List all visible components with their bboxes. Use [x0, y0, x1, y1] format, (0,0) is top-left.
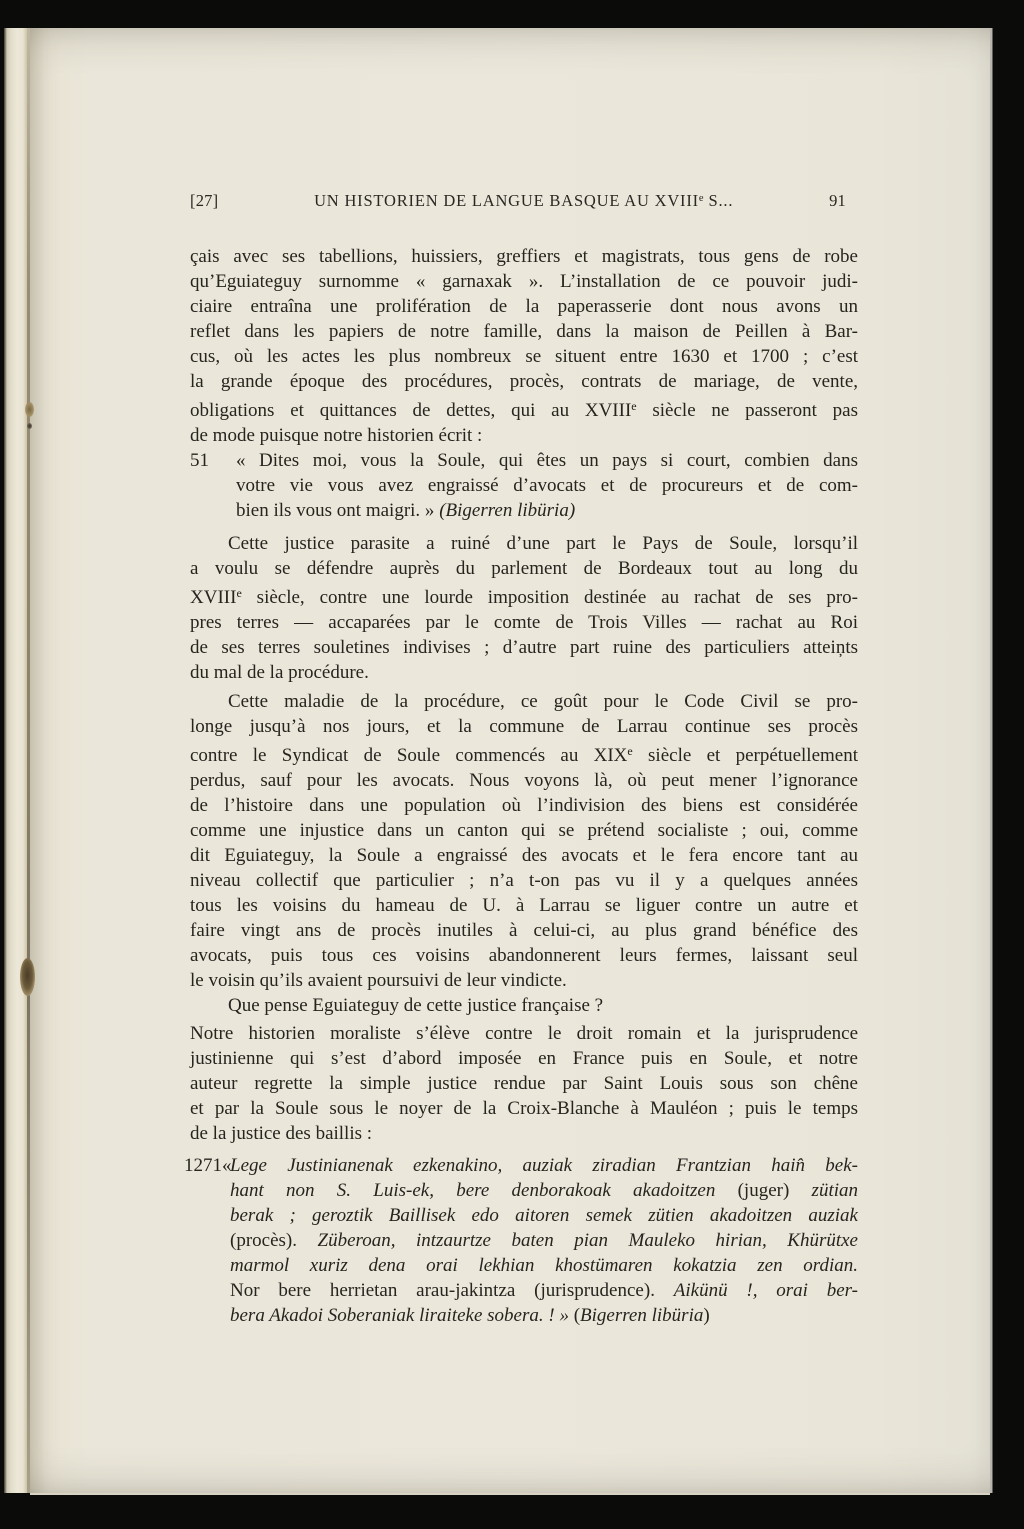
text-line: reflet dans les papiers de notre famille… [190, 319, 858, 344]
text-segment: de mode puisque notre historien écrit : [190, 425, 482, 446]
text-line: contre le Syndicat de Soule commencés au… [190, 739, 858, 768]
text-segment: bera Akadoi Soberaniak liraiteke sobera.… [230, 1305, 569, 1326]
text-segment: UN HISTORIEN DE LANGUE BASQUE AU XVIII [314, 191, 699, 210]
text-segment: Cette justice parasite a ruiné d’une par… [228, 533, 858, 554]
text-segment: a voulu se défendre auprès du parlement … [190, 558, 858, 579]
text-line: niveau collectif que particulier ; n’a t… [190, 868, 858, 893]
text-line: Notre historien moraliste s’élève contre… [190, 1021, 858, 1046]
text-segment: Nor bere herrietan arau-jakintza (jurisp… [230, 1280, 674, 1301]
text-segment: reflet dans les papiers de notre famille… [190, 321, 858, 342]
text-line: le voisin qu’ils avaient poursuivi de le… [190, 968, 858, 993]
text-line: dit Eguiateguy, la Soule a engraissé des… [190, 843, 858, 868]
text-segment: marmol xuriz dena orai lekhian khostümar… [230, 1255, 858, 1276]
text-segment: XVIII [190, 587, 236, 608]
text-segment: obligations et quittances de dettes, qui… [190, 400, 631, 421]
text-segment: niveau collectif que particulier ; n’a t… [190, 870, 858, 891]
page-content: [27] UN HISTORIEN DE LANGUE BASQUE AU XV… [190, 186, 858, 1328]
text-segment: perdus, sauf pour les avocats. Nous voyo… [190, 770, 858, 791]
text-segment: tous les voisins du hameau de U. à Larra… [190, 895, 858, 916]
book-page: [27] UN HISTORIEN DE LANGUE BASQUE AU XV… [30, 28, 990, 1493]
text-line: hant non S. Luis-ek, bere denborakoak ak… [230, 1178, 858, 1203]
paragraph: Que pense Eguiateguy de cette justice fr… [190, 993, 858, 1018]
text-segment: Züberoan, intzaurtze baten pian Mauleko … [318, 1230, 858, 1251]
text-line: Nor bere herrietan arau-jakintza (jurisp… [230, 1278, 858, 1303]
text-segment: ( [569, 1305, 580, 1326]
text-segment: de ses terres souletines indivises ; d’a… [190, 637, 858, 658]
paragraph: çais avec ses tabellions, huissiers, gre… [190, 244, 858, 448]
text-segment: çais avec ses tabellions, huissiers, gre… [190, 246, 858, 267]
text-segment: la grande époque des procédures, procès,… [190, 371, 858, 392]
text-segment: siècle et perpétuellement [633, 745, 858, 766]
text-line: pres terres — accaparées par le comte de… [190, 610, 858, 635]
text-line: Lege Justinianenak ezkenakino, auziak zi… [230, 1153, 858, 1178]
text-segment: hant non S. Luis-ek, bere denborakoak ak… [230, 1180, 738, 1201]
text-segment: dit Eguiateguy, la Soule a engraissé des… [190, 845, 858, 866]
text-line: auteur regrette la simple justice rendue… [190, 1071, 858, 1096]
text-segment: le voisin qu’ils avaient poursuivi de le… [190, 970, 567, 991]
text-line: Cette maladie de la procédure, ce goût p… [190, 689, 858, 714]
text-line: du mal de la procédure. [190, 660, 858, 685]
text-segment: de l’histoire dans une population où l’i… [190, 795, 858, 816]
text-line: la grande époque des procédures, procès,… [190, 369, 858, 394]
text-segment: (procès). [230, 1230, 318, 1251]
text-segment: (Bigerren libüria) [439, 500, 575, 521]
text-line: de l’histoire dans une population où l’i… [190, 793, 858, 818]
article-ref-number: [27] [190, 188, 218, 213]
page-number: 91 [829, 188, 846, 213]
text-line: faire vingt ans de procès inutiles à cel… [190, 918, 858, 943]
text-line: votre vie vous avez engraissé d’avocats … [236, 473, 858, 498]
block-quote: 51« Dites moi, vous la Soule, qui êtes u… [190, 448, 858, 523]
scanned-book-photo: [27] UN HISTORIEN DE LANGUE BASQUE AU XV… [0, 0, 1024, 1529]
text-segment: (juger) [738, 1180, 812, 1201]
text-line: et par la Soule sous le noyer de la Croi… [190, 1096, 858, 1121]
text-segment: siècle, contre une lourde imposition des… [242, 587, 858, 608]
text-segment: S... [704, 191, 734, 210]
text-segment: longe jusqu’à nos jours, et la commune d… [190, 716, 858, 737]
text-segment: Bigerren libüria [580, 1305, 703, 1326]
paragraph: Notre historien moraliste s’élève contre… [190, 1021, 858, 1146]
text-line: ciaire entraîna une prolifération de la … [190, 294, 858, 319]
text-segment: zütian [812, 1180, 858, 1201]
text-segment: justinienne qui s’est d’abord imposée en… [190, 1048, 858, 1069]
paper-stain [25, 402, 34, 417]
paper-stain [20, 958, 35, 996]
text-segment: faire vingt ans de procès inutiles à cel… [190, 920, 858, 941]
text-line: çais avec ses tabellions, huissiers, gre… [190, 244, 858, 269]
text-line: marmol xuriz dena orai lekhian khostümar… [230, 1253, 858, 1278]
text-line: cus, où les actes les plus nombreux se s… [190, 344, 858, 369]
text-segment: votre vie vous avez engraissé d’avocats … [236, 475, 858, 496]
text-line: qu’Eguiateguy surnomme « garnaxak ». L’i… [190, 269, 858, 294]
text-line: berak ; geroztik Baillisek edo aitoren s… [230, 1203, 858, 1228]
paragraph: Cette maladie de la procédure, ce goût p… [190, 689, 858, 993]
text-segment: et par la Soule sous le noyer de la Croi… [190, 1098, 858, 1119]
text-line: justinienne qui s’est d’abord imposée en… [190, 1046, 858, 1071]
text-segment: bien ils vous ont maigri. » [236, 500, 439, 521]
text-segment: du mal de la procédure. [190, 662, 369, 683]
text-segment: « Dites moi, vous la Soule, qui êtes un … [236, 450, 858, 471]
text-line: longe jusqu’à nos jours, et la commune d… [190, 714, 858, 739]
text-segment: ciaire entraîna une prolifération de la … [190, 296, 858, 317]
text-line: bien ils vous ont maigri. » (Bigerren li… [236, 498, 858, 523]
text-segment: cus, où les actes les plus nombreux se s… [190, 346, 858, 367]
text-segment: Cette maladie de la procédure, ce goût p… [228, 691, 858, 712]
text-line: « Dites moi, vous la Soule, qui êtes un … [236, 448, 858, 473]
quote-number: 1271« [184, 1153, 232, 1178]
running-title: UN HISTORIEN DE LANGUE BASQUE AU XVIIIe … [218, 186, 829, 213]
text-segment: Aikünü !, orai ber- [674, 1280, 858, 1301]
text-segment: de la justice des baillis : [190, 1123, 372, 1144]
text-segment: Notre historien moraliste s’élève contre… [190, 1023, 858, 1044]
text-line: avocats, puis tous ces voisins abandonne… [190, 943, 858, 968]
paper-speck [27, 423, 32, 429]
text-segment: siècle ne passeront pas [637, 400, 858, 421]
text-segment: avocats, puis tous ces voisins abandonne… [190, 945, 858, 966]
text-segment: auteur regrette la simple justice rendue… [190, 1073, 858, 1094]
text-line: obligations et quittances de dettes, qui… [190, 394, 858, 423]
text-line: perdus, sauf pour les avocats. Nous voyo… [190, 768, 858, 793]
text-segment: Lege Justinianenak ezkenakino, auziak zi… [230, 1155, 858, 1176]
text-line: Cette justice parasite a ruiné d’une par… [190, 531, 858, 556]
text-segment: Que pense Eguiateguy de cette justice fr… [228, 995, 603, 1016]
quote-number: 51 [190, 448, 209, 473]
text-line: bera Akadoi Soberaniak liraiteke sobera.… [230, 1303, 858, 1328]
text-line: tous les voisins du hameau de U. à Larra… [190, 893, 858, 918]
text-line: (procès). Züberoan, intzaurtze baten pia… [230, 1228, 858, 1253]
text-segment: contre le Syndicat de Soule commencés au… [190, 745, 627, 766]
text-segment: ) [703, 1305, 709, 1326]
text-segment: berak ; geroztik Baillisek edo aitoren s… [230, 1205, 858, 1226]
text-line: de la justice des baillis : [190, 1121, 858, 1146]
text-line: a voulu se défendre auprès du parlement … [190, 556, 858, 581]
block-quote: 1271«Lege Justinianenak ezkenakino, auzi… [190, 1153, 858, 1328]
text-line: de mode puisque notre historien écrit : [190, 423, 858, 448]
text-line: comme une injustice dans un canton qui s… [190, 818, 858, 843]
running-header: [27] UN HISTORIEN DE LANGUE BASQUE AU XV… [190, 186, 858, 210]
text-line: XVIIIe siècle, contre une lourde imposit… [190, 581, 858, 610]
paragraph: Cette justice parasite a ruiné d’une par… [190, 531, 858, 685]
text-line: de ses terres souletines indivises ; d’a… [190, 635, 858, 660]
text-line: Que pense Eguiateguy de cette justice fr… [190, 993, 858, 1018]
text-segment: comme une injustice dans un canton qui s… [190, 820, 858, 841]
text-segment: pres terres — accaparées par le comte de… [190, 612, 858, 633]
text-body: çais avec ses tabellions, huissiers, gre… [190, 244, 858, 1328]
text-segment: qu’Eguiateguy surnomme « garnaxak ». L’i… [190, 271, 858, 292]
